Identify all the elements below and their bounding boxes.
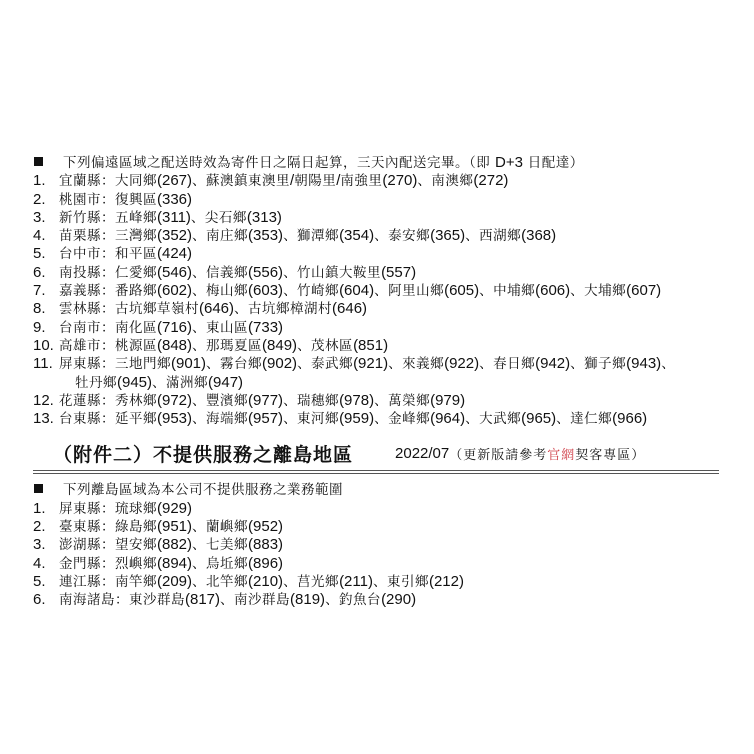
item-text: 高雄市：桃源區(848)、那瑪夏區(849)、茂林區(851) (59, 338, 388, 354)
item-text: 南投縣：仁愛鄉(546)、信義鄉(556)、竹山鎮大鞍里(557) (59, 265, 416, 281)
item-number: 1. (33, 500, 59, 517)
item-text: 屏東縣：三地門鄉(901)、霧台鄉(902)、泰武鄉(921)、來義鄉(922)… (59, 356, 675, 372)
list-item: 10.高雄市：桃源區(848)、那瑪夏區(849)、茂林區(851) (33, 337, 733, 355)
list-item: 9.台南市：南化區(716)、東山區(733) (33, 319, 733, 337)
item-text: 台南市：南化區(716)、東山區(733) (59, 320, 283, 336)
list-item: 6.南投縣：仁愛鄉(546)、信義鄉(556)、竹山鎮大鞍里(557) (33, 264, 733, 282)
item-text: 桃園市：復興區(336) (59, 192, 192, 208)
official-site-link[interactable]: 官網 (547, 448, 575, 463)
item-text: 金門縣：烈嶼鄉(894)、烏坵鄉(896) (59, 556, 283, 572)
item-number: 9. (33, 319, 59, 336)
list-item: 6.南海諸島：東沙群島(817)、南沙群島(819)、釣魚台(290) (33, 591, 733, 609)
item-text: 苗栗縣：三灣鄉(352)、南庄鄉(353)、獅潭鄉(354)、泰安鄉(365)、… (59, 228, 556, 244)
section2-title: （附件二）不提供服務之離島地區 (53, 440, 353, 467)
list-item: 3.澎湖縣：望安鄉(882)、七美鄉(883) (33, 536, 733, 554)
section2-header: （附件二）不提供服務之離島地區 2022/07 （更新版請參考官網契客專區） (33, 438, 733, 468)
item-text: 雲林縣：古坑鄉草嶺村(646)、古坑鄉樟湖村(646) (59, 301, 367, 317)
item-text: 澎湖縣：望安鄉(882)、七美鄉(883) (59, 537, 283, 553)
list-item: 11.屏東縣：三地門鄉(901)、霧台鄉(902)、泰武鄉(921)、來義鄉(9… (33, 355, 733, 373)
list-item: 1.屏東縣：琉球鄉(929) (33, 500, 733, 518)
item-number: 4. (33, 227, 59, 244)
item-text: 新竹縣：五峰鄉(311)、尖石鄉(313) (59, 210, 282, 226)
list-item: 5.台中市：和平區(424) (33, 245, 733, 263)
document: 下列偏遠區域之配送時效為寄件日之隔日起算，三天內配送完畢。（即 D+3 日配達）… (33, 154, 733, 610)
list-item: 1.宜蘭縣：大同鄉(267)、蘇澳鎮東澳里/朝陽里/南強里(270)、南澳鄉(2… (33, 172, 733, 190)
item-number: 7. (33, 282, 59, 299)
item-text: 宜蘭縣：大同鄉(267)、蘇澳鎮東澳里/朝陽里/南強里(270)、南澳鄉(272… (59, 173, 508, 189)
square-bullet-icon (34, 484, 43, 493)
item-text: 連江縣：南竿鄉(209)、北竿鄉(210)、莒光鄉(211)、東引鄉(212) (59, 574, 464, 590)
item-text: 台中市：和平區(424) (59, 246, 192, 262)
item-number: 5. (33, 573, 59, 590)
list-item: 5.連江縣：南竿鄉(209)、北竿鄉(210)、莒光鄉(211)、東引鄉(212… (33, 573, 733, 591)
item-number: 3. (33, 209, 59, 226)
remote-area-list: 1.宜蘭縣：大同鄉(267)、蘇澳鎮東澳里/朝陽里/南強里(270)、南澳鄉(2… (33, 172, 733, 428)
item-text: 南海諸島：東沙群島(817)、南沙群島(819)、釣魚台(290) (59, 592, 416, 608)
item-number: 8. (33, 300, 59, 317)
item-number: 2. (33, 518, 59, 535)
square-bullet-icon (34, 157, 43, 166)
item-number: 5. (33, 245, 59, 262)
item-number: 6. (33, 591, 59, 608)
list-item: 8.雲林縣：古坑鄉草嶺村(646)、古坑鄉樟湖村(646) (33, 300, 733, 318)
item-number: 11. (33, 355, 59, 372)
item-number: 3. (33, 536, 59, 553)
item-number: 1. (33, 172, 59, 189)
item-text: 台東縣：延平鄉(953)、海端鄉(957)、東河鄉(959)、金峰鄉(964)、… (59, 411, 647, 427)
item-number: 13. (33, 410, 59, 427)
update-date: 2022/07 (395, 445, 449, 462)
list-item: 2.桃園市：復興區(336) (33, 191, 733, 209)
list-item-continuation: 牡丹鄉(945)、滿洲鄉(947) (33, 374, 733, 392)
list-item: 3.新竹縣：五峰鄉(311)、尖石鄉(313) (33, 209, 733, 227)
item-text: 屏東縣：琉球鄉(929) (59, 501, 192, 517)
item-number: 4. (33, 555, 59, 572)
update-note: （更新版請參考官網契客專區） (449, 444, 645, 463)
list-item: 12.花蓮縣：秀林鄉(972)、豐濱鄉(977)、瑞穗鄉(978)、萬榮鄉(97… (33, 392, 733, 410)
item-text: 臺東縣：綠島鄉(951)、蘭嶼鄉(952) (59, 519, 283, 535)
list-item: 2.臺東縣：綠島鄉(951)、蘭嶼鄉(952) (33, 518, 733, 536)
section2-intro: 下列離島區域為本公司不提供服務之業務範圍 (33, 482, 733, 499)
item-text: 花蓮縣：秀林鄉(972)、豐濱鄉(977)、瑞穗鄉(978)、萬榮鄉(979) (59, 393, 465, 409)
island-area-list: 1.屏東縣：琉球鄉(929)2.臺東縣：綠島鄉(951)、蘭嶼鄉(952)3.澎… (33, 500, 733, 610)
list-item: 4.苗栗縣：三灣鄉(352)、南庄鄉(353)、獅潭鄉(354)、泰安鄉(365… (33, 227, 733, 245)
item-number: 2. (33, 191, 59, 208)
list-item: 7.嘉義縣：番路鄉(602)、梅山鄉(603)、竹崎鄉(604)、阿里山鄉(60… (33, 282, 733, 300)
section1-intro: 下列偏遠區域之配送時效為寄件日之隔日起算，三天內配送完畢。（即 D+3 日配達） (33, 154, 733, 172)
list-item: 4.金門縣：烈嶼鄉(894)、烏坵鄉(896) (33, 555, 733, 573)
item-text: 嘉義縣：番路鄉(602)、梅山鄉(603)、竹崎鄉(604)、阿里山鄉(605)… (59, 283, 661, 299)
item-number: 12. (33, 392, 59, 409)
item-number: 10. (33, 337, 59, 354)
list-item: 13.台東縣：延平鄉(953)、海端鄉(957)、東河鄉(959)、金峰鄉(96… (33, 410, 733, 428)
item-number: 6. (33, 264, 59, 281)
